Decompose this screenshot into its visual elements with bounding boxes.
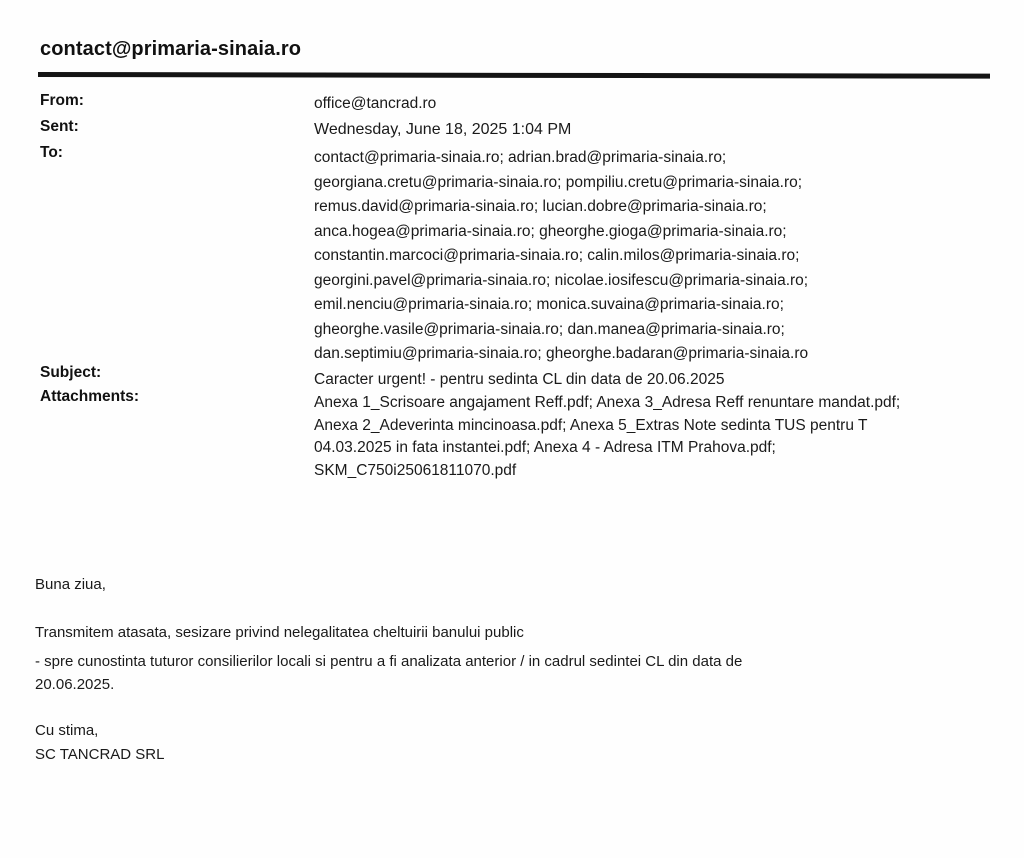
- sent-value: Wednesday, June 18, 2025 1:04 PM: [314, 118, 571, 143]
- to-recipients: contact@primaria-sinaia.ro; adrian.brad@…: [314, 146, 808, 367]
- from-label: From:: [40, 92, 84, 110]
- greeting: Buna ziua,: [35, 576, 106, 593]
- recipient-line: remus.david@primaria-sinaia.ro; lucian.d…: [314, 195, 808, 220]
- sent-label: Sent:: [40, 118, 79, 136]
- recipient-line: gheorghe.vasile@primaria-sinaia.ro; dan.…: [314, 318, 808, 343]
- from-value: office@tancrad.ro: [314, 92, 436, 117]
- recipient-line: anca.hogea@primaria-sinaia.ro; gheorghe.…: [314, 220, 808, 245]
- recipient-line: dan.septimiu@primaria-sinaia.ro; gheorgh…: [314, 342, 808, 367]
- attachment-line: Anexa 2_Adeverinta mincinoasa.pdf; Anexa…: [314, 415, 900, 438]
- signature: SC TANCRAD SRL: [35, 746, 164, 763]
- body-paragraph-line: - spre cunostinta tuturor consilierilor …: [35, 653, 742, 670]
- mailbox-title: contact@primaria-sinaia.ro: [40, 38, 301, 61]
- attachment-line: 04.03.2025 in fata instantei.pdf; Anexa …: [314, 437, 900, 460]
- recipient-line: georgini.pavel@primaria-sinaia.ro; nicol…: [314, 269, 808, 294]
- attachment-line: Anexa 1_Scrisoare angajament Reff.pdf; A…: [314, 392, 900, 415]
- closing: Cu stima,: [35, 722, 98, 739]
- subject-label: Subject:: [40, 364, 101, 382]
- attachments-list: Anexa 1_Scrisoare angajament Reff.pdf; A…: [314, 392, 900, 482]
- attachments-label: Attachments:: [40, 388, 139, 406]
- to-label: To:: [40, 144, 63, 162]
- header-divider: [38, 72, 990, 79]
- recipient-line: constantin.marcoci@primaria-sinaia.ro; c…: [314, 244, 808, 269]
- attachment-line: SKM_C750i25061811070.pdf: [314, 460, 900, 483]
- subject-value: Caracter urgent! - pentru sedinta CL din…: [314, 368, 724, 393]
- recipient-line: georgiana.cretu@primaria-sinaia.ro; pomp…: [314, 171, 808, 196]
- recipient-line: contact@primaria-sinaia.ro; adrian.brad@…: [314, 146, 808, 171]
- body-paragraph-line: Transmitem atasata, sesizare privind nel…: [35, 624, 524, 641]
- body-paragraph-line: 20.06.2025.: [35, 676, 114, 693]
- recipient-line: emil.nenciu@primaria-sinaia.ro; monica.s…: [314, 293, 808, 318]
